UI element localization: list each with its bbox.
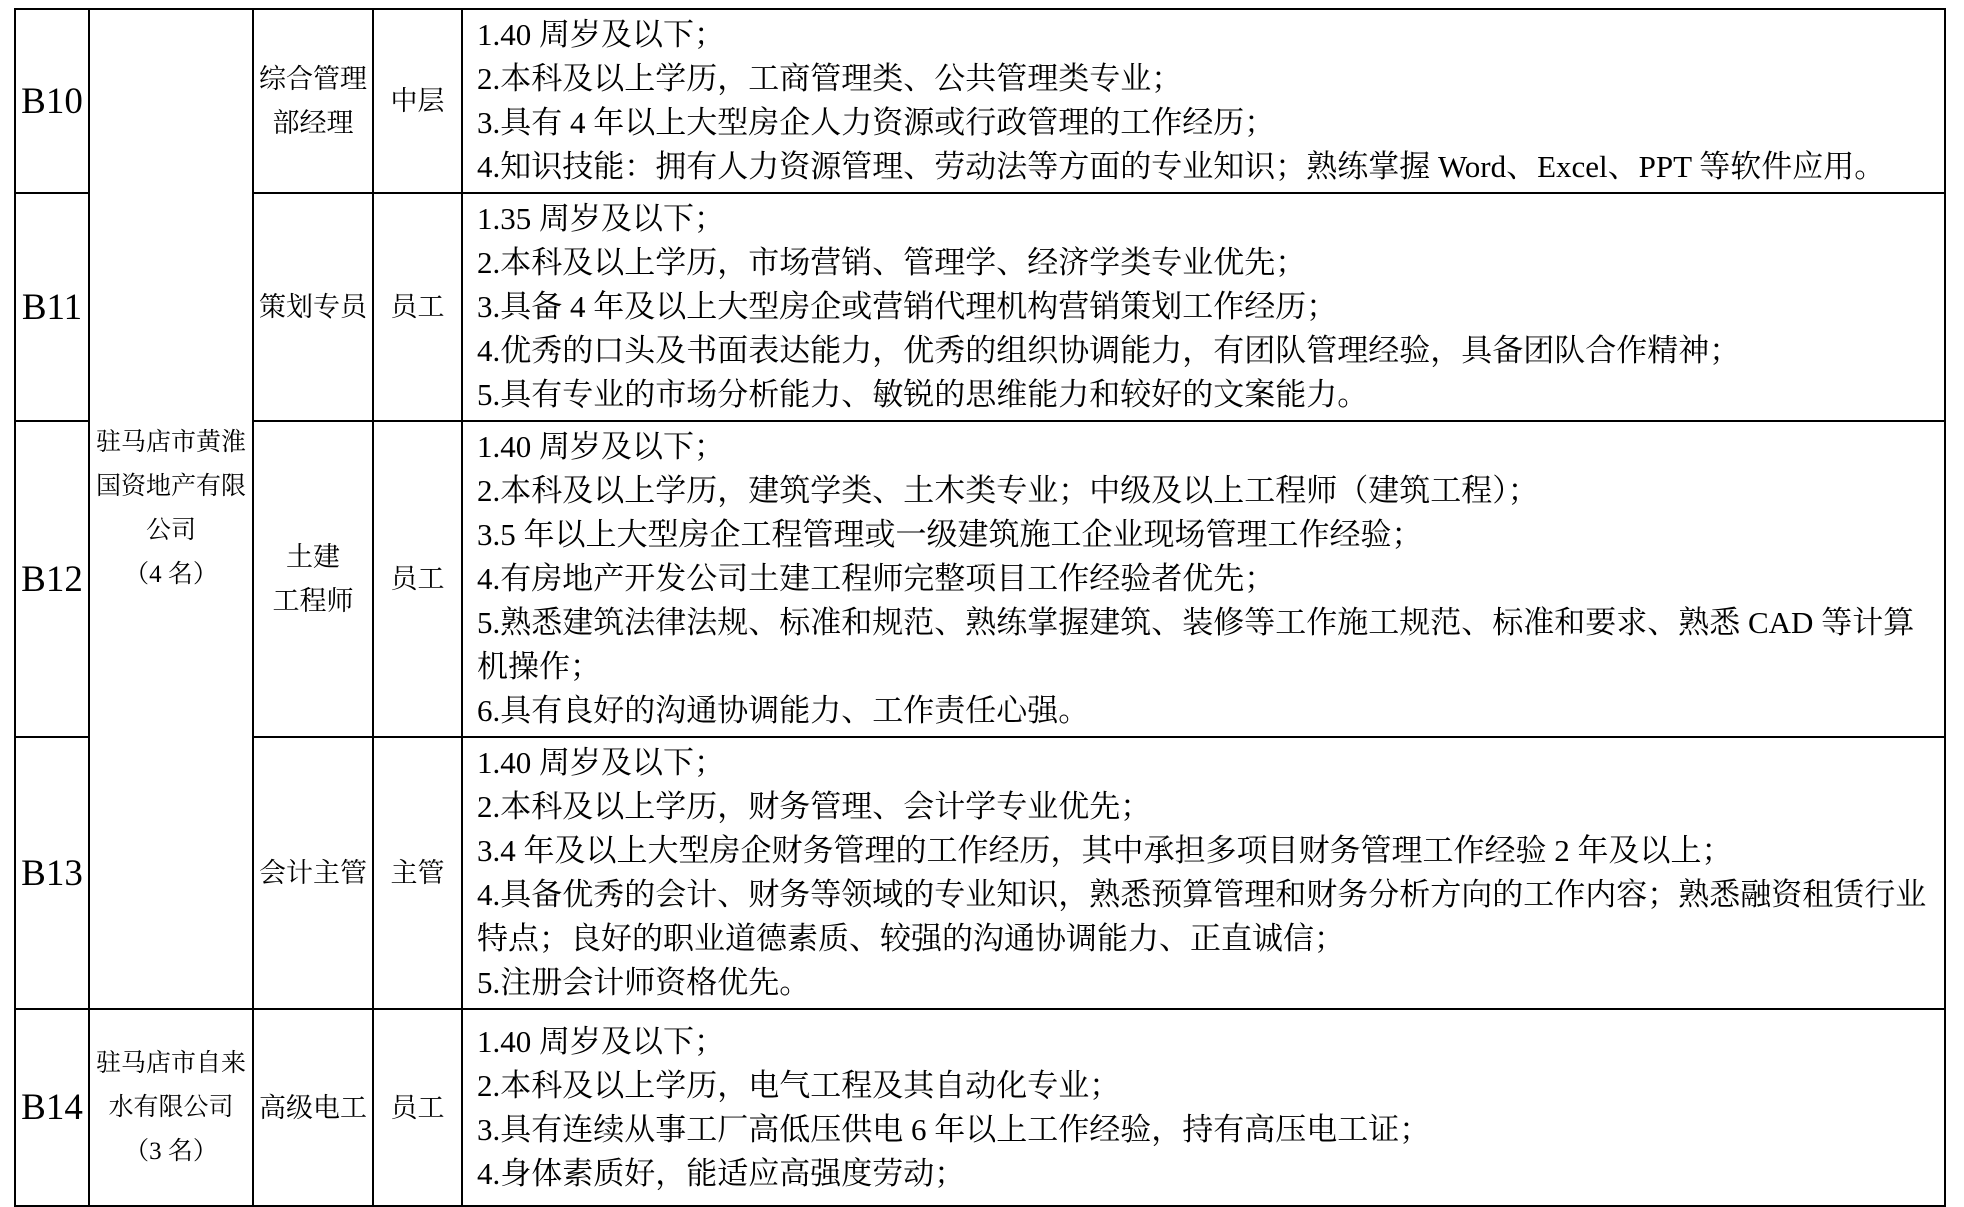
table-row: B13会计主管主管1.40 周岁及以下；2.本科及以上学历，财务管理、会计学专业…: [15, 737, 1945, 1009]
requirements-cell: 1.40 周岁及以下；2.本科及以上学历，建筑学类、土木类专业；中级及以上工程师…: [462, 421, 1945, 737]
position-title-cell: 会计主管: [253, 737, 373, 1009]
requirement-line: 1.40 周岁及以下；: [477, 425, 1934, 469]
job-level-cell: 员工: [373, 193, 462, 421]
job-level-cell: 员工: [373, 421, 462, 737]
requirement-line: 1.40 周岁及以下；: [477, 1020, 1934, 1064]
requirement-line: 4.知识技能：拥有人力资源管理、劳动法等方面的专业知识；熟练掌握 Word、Ex…: [477, 145, 1934, 189]
requirement-line: 3.4 年及以上大型房企财务管理的工作经历，其中承担多项目财务管理工作经验 2 …: [477, 829, 1934, 873]
requirement-line: 3.具有连续从事工厂高低压供电 6 年以上工作经验，持有高压电工证；: [477, 1108, 1934, 1152]
position-title-cell: 策划专员: [253, 193, 373, 421]
table-row: B14驻马店市自来水有限公司（3 名）高级电工员工1.40 周岁及以下；2.本科…: [15, 1009, 1945, 1182]
job-code-cell: B14: [15, 1009, 89, 1182]
job-code-cell: B11: [15, 193, 89, 421]
requirements-cell: 1.40 周岁及以下；2.本科及以上学历，电气工程及其自动化专业；3.具有连续从…: [462, 1009, 1945, 1182]
table-body: B10驻马店市黄淮国资地产有限公司（4 名）综合管理 部经理中层1.40 周岁及…: [15, 9, 1945, 1182]
company-headcount: （4 名）: [92, 553, 250, 597]
company-cell: 驻马店市黄淮国资地产有限公司（4 名）: [89, 9, 253, 1009]
requirements-cell: 1.40 周岁及以下；2.本科及以上学历，财务管理、会计学专业优先；3.4 年及…: [462, 737, 1945, 1009]
position-title-cell: 高级电工: [253, 1009, 373, 1182]
requirement-line: 4.身体素质好，能适应高强度劳动；: [477, 1152, 1934, 1183]
requirements-cell: 1.35 周岁及以下；2.本科及以上学历，市场营销、管理学、经济学类专业优先；3…: [462, 193, 1945, 421]
requirement-line: 4.优秀的口头及书面表达能力，优秀的组织协调能力，有团队管理经验，具备团队合作精…: [477, 329, 1934, 373]
requirement-line: 4.有房地产开发公司土建工程师完整项目工作经验者优先；: [477, 557, 1934, 601]
company-name: 驻马店市自来水有限公司: [92, 1042, 250, 1130]
job-code-cell: B10: [15, 9, 89, 193]
requirement-line: 2.本科及以上学历，电气工程及其自动化专业；: [477, 1064, 1934, 1108]
job-code-cell: B13: [15, 737, 89, 1009]
table-row: B11策划专员员工1.35 周岁及以下；2.本科及以上学历，市场营销、管理学、经…: [15, 193, 1945, 421]
job-level-cell: 主管: [373, 737, 462, 1009]
company-headcount: （3 名）: [92, 1130, 250, 1174]
position-title-cell: 土建 工程师: [253, 421, 373, 737]
requirement-line: 2.本科及以上学历，建筑学类、土木类专业；中级及以上工程师（建筑工程）；: [477, 469, 1934, 513]
requirement-line: 4.具备优秀的会计、财务等领域的专业知识，熟悉预算管理和财务分析方向的工作内容；…: [477, 873, 1934, 961]
recruitment-table: B10驻马店市黄淮国资地产有限公司（4 名）综合管理 部经理中层1.40 周岁及…: [14, 8, 1946, 1182]
company-name: 驻马店市黄淮国资地产有限公司: [92, 421, 250, 553]
requirement-line: 1.35 周岁及以下；: [477, 197, 1934, 241]
job-level-cell: 中层: [373, 9, 462, 193]
requirement-line: 3.具备 4 年及以上大型房企或营销代理机构营销策划工作经历；: [477, 285, 1934, 329]
requirement-line: 1.40 周岁及以下；: [477, 13, 1934, 57]
requirement-line: 1.40 周岁及以下；: [477, 741, 1934, 785]
table-row: B10驻马店市黄淮国资地产有限公司（4 名）综合管理 部经理中层1.40 周岁及…: [15, 9, 1945, 193]
requirement-line: 2.本科及以上学历，财务管理、会计学专业优先；: [477, 785, 1934, 829]
requirement-line: 5.注册会计师资格优先。: [477, 961, 1934, 1005]
requirement-line: 5.具有专业的市场分析能力、敏锐的思维能力和较好的文案能力。: [477, 373, 1934, 417]
position-title-cell: 综合管理 部经理: [253, 9, 373, 193]
requirement-line: 6.具有良好的沟通协调能力、工作责任心强。: [477, 689, 1934, 733]
requirement-line: 3.具有 4 年以上大型房企人力资源或行政管理的工作经历；: [477, 101, 1934, 145]
requirement-line: 2.本科及以上学历，工商管理类、公共管理类专业；: [477, 57, 1934, 101]
job-level-cell: 员工: [373, 1009, 462, 1182]
company-cell: 驻马店市自来水有限公司（3 名）: [89, 1009, 253, 1182]
requirement-line: 3.5 年以上大型房企工程管理或一级建筑施工企业现场管理工作经验；: [477, 513, 1934, 557]
requirement-line: 5.熟悉建筑法律法规、标准和规范、熟练掌握建筑、装修等工作施工规范、标准和要求、…: [477, 601, 1934, 689]
table-row: B12土建 工程师员工1.40 周岁及以下；2.本科及以上学历，建筑学类、土木类…: [15, 421, 1945, 737]
requirements-cell: 1.40 周岁及以下；2.本科及以上学历，工商管理类、公共管理类专业；3.具有 …: [462, 9, 1945, 193]
job-code-cell: B12: [15, 421, 89, 737]
requirement-line: 2.本科及以上学历，市场营销、管理学、经济学类专业优先；: [477, 241, 1934, 285]
